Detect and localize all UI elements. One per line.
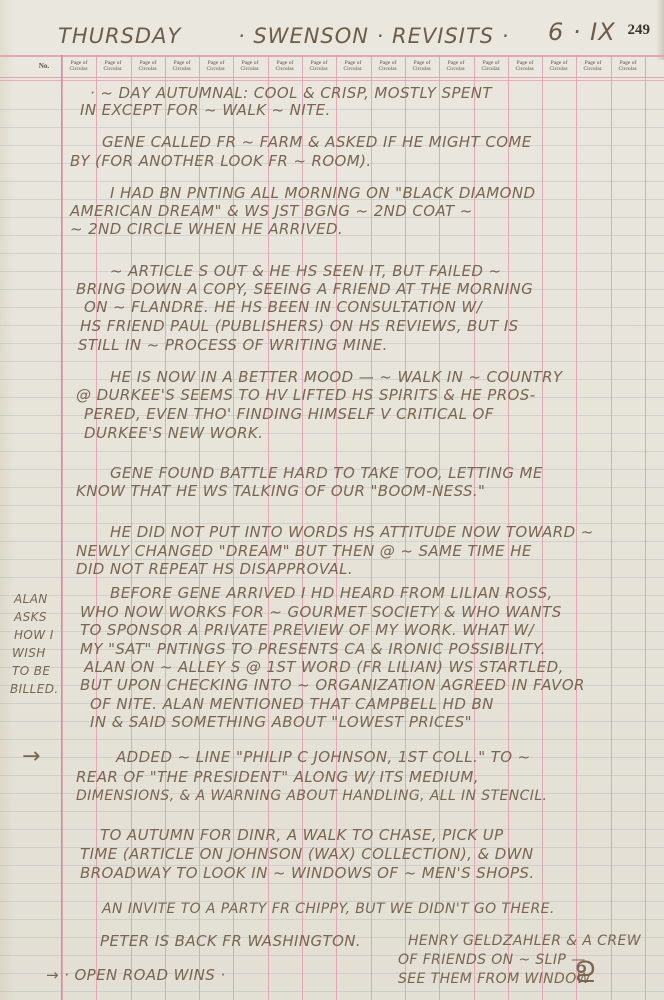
text-line: BRING DOWN A COPY, SEEING A FRIEND AT TH… bbox=[76, 280, 533, 298]
text-line: HE DID NOT PUT INTO WORDS HS ATTITUDE NO… bbox=[110, 523, 594, 541]
text-line: AMERICAN DREAM" & WS JST BGNG ~ 2ND COAT… bbox=[70, 202, 473, 220]
text-line: GENE CALLED FR ~ FARM & ASKED IF HE MIGH… bbox=[102, 133, 532, 151]
text-line: NEWLY CHANGED "DREAM" BUT THEN @ ~ SAME … bbox=[76, 542, 532, 560]
text-line: BUT UPON CHECKING INTO ~ ORGANIZATION AG… bbox=[80, 676, 585, 694]
column-rule bbox=[62, 55, 63, 1000]
text-line: DIMENSIONS, & A WARNING ABOUT HANDLING, … bbox=[76, 787, 547, 805]
text-line: BY (FOR ANOTHER LOOK FR ~ ROOM). bbox=[70, 152, 372, 170]
signoff-line: SEE THEM FROM WINDOW bbox=[398, 970, 591, 988]
text-line: IN & SAID SOMETHING ABOUT "LOWEST PRICES… bbox=[90, 713, 472, 731]
header-rule-bottom bbox=[0, 77, 664, 78]
arrow-icon: → bbox=[22, 744, 40, 769]
text-line: DURKEE'S NEW WORK. bbox=[84, 424, 263, 442]
column-header-page-of-circular: Page ofCircular. bbox=[576, 60, 610, 72]
text-line: DID NOT REPEAT HS DISAPPROVAL. bbox=[76, 560, 353, 578]
text-line: STILL IN ~ PROCESS OF WRITING MINE. bbox=[78, 336, 388, 354]
margin-note-line: TO BE bbox=[12, 662, 50, 680]
text-line: REAR OF "THE PRESIDENT" ALONG W/ ITS MED… bbox=[76, 768, 479, 786]
journal-page: No. Page ofCircular.Page ofCircular.Page… bbox=[0, 0, 664, 1000]
entry-title: · Swenson · Revisits · bbox=[238, 24, 509, 48]
margin-note-line: WISH bbox=[12, 644, 46, 662]
column-header-page-of-circular: Page ofCircular. bbox=[405, 60, 439, 72]
text-line: ON ~ FLANDRE. HE HS BEEN IN CONSULTATION… bbox=[84, 298, 482, 316]
column-header-page-of-circular: Page ofCircular. bbox=[233, 60, 267, 72]
column-header-page-of-circular: Page ofCircular. bbox=[474, 60, 508, 72]
text-line: HS FRIEND PAUL (PUBLISHERS) ON HS REVIEW… bbox=[80, 317, 519, 335]
margin-note-line: ALAN bbox=[14, 590, 48, 608]
margin-note-line: BILLED. bbox=[10, 680, 59, 698]
day-heading: Thursday bbox=[58, 24, 181, 48]
page-number: 249 bbox=[628, 22, 651, 39]
column-rule bbox=[645, 55, 646, 1000]
text-line: ALAN ON ~ ALLEY S @ 1ST WORD (FR LILIAN)… bbox=[84, 658, 564, 676]
column-header-page-of-circular: Page ofCircular. bbox=[371, 60, 405, 72]
text-line: ~ ARTICLE S OUT & HE HS SEEN IT, BUT FAI… bbox=[110, 262, 501, 280]
column-header-no: No. bbox=[27, 63, 61, 69]
signoff-line: HENRY GELDZAHLER & A CREW bbox=[408, 932, 641, 950]
text-line: AN INVITE TO A PARTY FR CHIPPY, BUT WE D… bbox=[102, 900, 555, 918]
signoff-line: OF FRIENDS ON ~ SLIP — bbox=[398, 951, 586, 969]
column-header-page-of-circular: Page ofCircular. bbox=[199, 60, 233, 72]
column-header-page-of-circular: Page ofCircular. bbox=[268, 60, 302, 72]
margin-note-line: HOW I bbox=[14, 626, 54, 644]
text-line: ~ 2ND CIRCLE WHEN HE ARRIVED. bbox=[70, 220, 343, 238]
text-line: PETER IS BACK FR WASHINGTON. bbox=[100, 932, 361, 950]
column-header-page-of-circular: Page ofCircular. bbox=[336, 60, 370, 72]
column-header-page-of-circular: Page ofCircular. bbox=[611, 60, 645, 72]
text-line: TO AUTUMN FOR DINR, A WALK TO CHASE, PIC… bbox=[100, 826, 504, 844]
entry-date: 6 · IX bbox=[548, 18, 616, 46]
column-rule bbox=[611, 55, 612, 1000]
column-header-page-of-circular: Page ofCircular. bbox=[131, 60, 165, 72]
header-rule-bottom-double bbox=[0, 80, 664, 81]
text-line: TO SPONSOR A PRIVATE PREVIEW OF MY WORK.… bbox=[80, 621, 534, 639]
column-header-page-of-circular: Page ofCircular. bbox=[508, 60, 542, 72]
column-header-page-of-circular: Page ofCircular. bbox=[165, 60, 199, 72]
text-line: @ DURKEE'S SEEMS TO HV LIFTED HS SPIRITS… bbox=[76, 386, 536, 404]
text-line: WHO NOW WORKS FOR ~ GOURMET SOCIETY & WH… bbox=[80, 603, 562, 621]
text-line: OF NITE. ALAN MENTIONED THAT CAMPBELL HD… bbox=[90, 695, 494, 713]
text-line: BEFORE GENE ARRIVED I HD HEARD FROM LILI… bbox=[110, 584, 553, 602]
page-edge bbox=[656, 0, 664, 60]
text-line: TIME (ARTICLE ON JOHNSON (WAX) COLLECTIO… bbox=[80, 845, 534, 863]
column-header-page-of-circular: Page ofCircular. bbox=[96, 60, 130, 72]
text-line: BROADWAY TO LOOK IN ~ WINDOWS OF ~ MEN'S… bbox=[80, 864, 535, 882]
text-line: IN EXCEPT FOR ~ WALK ~ NITE. bbox=[80, 101, 331, 119]
text-line: HE IS NOW IN A BETTER MOOD — ~ WALK IN ~… bbox=[110, 368, 563, 386]
text-line: · ~ DAY AUTUMNAL: COOL & CRISP, MOSTLY S… bbox=[90, 84, 492, 102]
text-line: GENE FOUND BATTLE HARD TO TAKE TOO, LETT… bbox=[110, 464, 543, 482]
column-header-page-of-circular: Page ofCircular. bbox=[62, 60, 96, 72]
column-header-page-of-circular: Page ofCircular. bbox=[439, 60, 473, 72]
text-line: → · OPEN ROAD WINS · bbox=[46, 966, 226, 984]
header-rule-top bbox=[0, 55, 664, 57]
margin-note-line: ASKS bbox=[14, 608, 47, 626]
scribble-mark: ഉ bbox=[574, 950, 594, 984]
text-line: I HAD BN PNTING ALL MORNING ON "BLACK DI… bbox=[110, 184, 535, 202]
text-line: MY "SAT" PNTINGS TO PRESENTS CA & IRONIC… bbox=[80, 640, 546, 658]
text-line: KNOW THAT HE WS TALKING OF OUR "BOOM-NES… bbox=[76, 482, 485, 500]
column-header-page-of-circular: Page ofCircular. bbox=[302, 60, 336, 72]
text-line: PERED, EVEN THO' FINDING HIMSELF V CRITI… bbox=[84, 405, 494, 423]
column-header-page-of-circular: Page ofCircular. bbox=[542, 60, 576, 72]
text-line: ADDED ~ LINE "PHILIP C JOHNSON, 1ST COLL… bbox=[116, 748, 531, 766]
